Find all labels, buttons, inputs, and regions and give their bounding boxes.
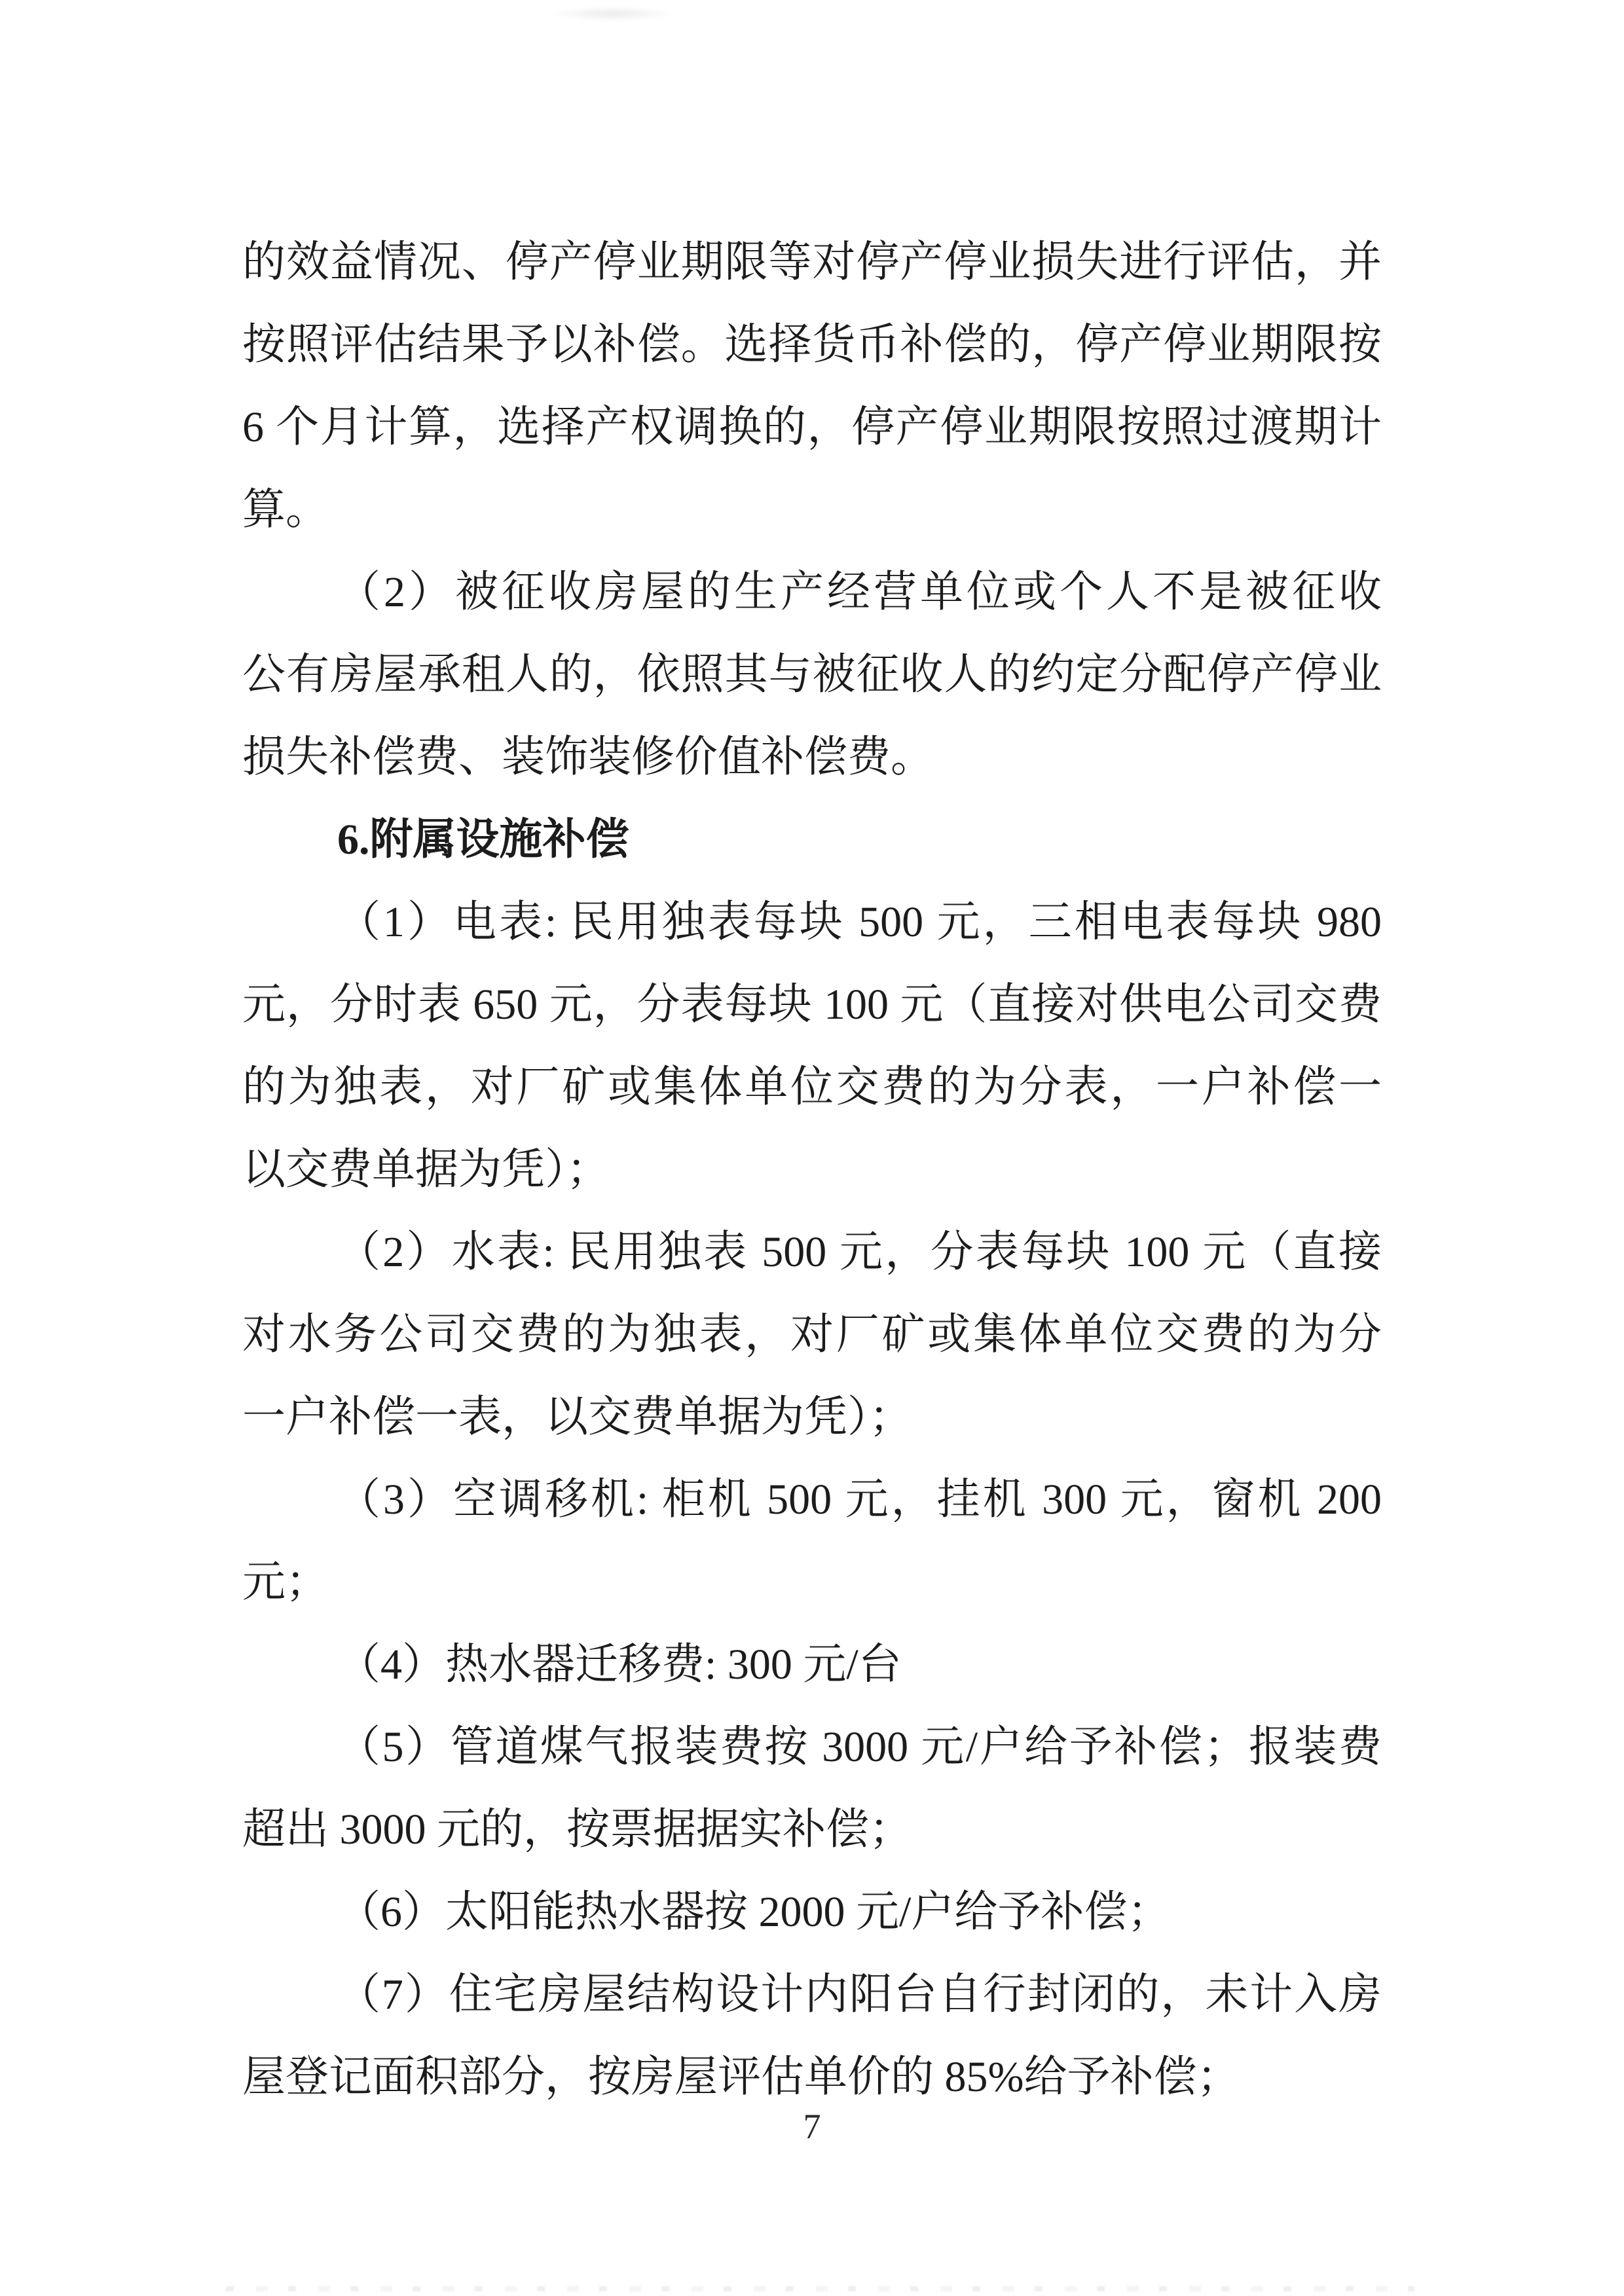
text-line: 算。 — [242, 469, 1382, 551]
section-heading: 6.附属设施补偿 — [242, 799, 1382, 881]
text-line: 按照评估结果予以补偿。选择货币补偿的，停产停业期限按 — [242, 304, 1382, 386]
page-number: 7 — [0, 2107, 1624, 2146]
text-line: 超出 3000 元的，按票据据实补偿； — [242, 1789, 1382, 1871]
text-line: 对水务公司交费的为独表，对厂矿或集体单位交费的为分表， — [242, 1294, 1382, 1376]
text-line: 损失补偿费、装饰装修价值补偿费。 — [242, 716, 1382, 799]
text-line: 6 个月计算，选择产权调换的，停产停业期限按照过渡期计 — [242, 386, 1382, 469]
text-line: 一户补偿一表，以交费单据为凭）； — [242, 1376, 1382, 1459]
text-line: （7）住宅房屋结构设计内阳台自行封闭的，未计入房 — [242, 1954, 1382, 2036]
text-line: （6）太阳能热水器按 2000 元/户给予补偿； — [242, 1871, 1382, 1954]
text-line: 元； — [242, 1541, 1382, 1624]
text-line: （3）空调移机: 柜机 500 元，挂机 300 元，窗机 200 — [242, 1459, 1382, 1541]
text-line: 的为独表，对厂矿或集体单位交费的为分表，一户补偿一表， — [242, 1046, 1382, 1129]
text-line: （1）电表: 民用独表每块 500 元，三相电表每块 980 — [242, 881, 1382, 964]
text-line: （5）管道煤气报装费按 3000 元/户给予补偿；报装费 — [242, 1706, 1382, 1789]
scan-artifact-bottom — [226, 2286, 1414, 2291]
text-line: 元，分时表 650 元，分表每块 100 元（直接对供电公司交费 — [242, 964, 1382, 1046]
scan-artifact-top — [550, 7, 674, 21]
text-line: 公有房屋承租人的，依照其与被征收人的约定分配停产停业 — [242, 634, 1382, 716]
text-line: （4）热水器迁移费: 300 元/台 — [242, 1624, 1382, 1706]
text-line: （2）被征收房屋的生产经营单位或个人不是被征收人、 — [242, 551, 1382, 634]
document-page: 的效益情况、停产停业期限等对停产停业损失进行评估，并 按照评估结果予以补偿。选择… — [0, 0, 1624, 2296]
text-line: 的效益情况、停产停业期限等对停产停业损失进行评估，并 — [242, 221, 1382, 304]
body-text: 的效益情况、停产停业期限等对停产停业损失进行评估，并 按照评估结果予以补偿。选择… — [242, 221, 1382, 2119]
text-line: 以交费单据为凭）； — [242, 1129, 1382, 1211]
text-line: （2）水表: 民用独表 500 元，分表每块 100 元（直接 — [242, 1211, 1382, 1294]
